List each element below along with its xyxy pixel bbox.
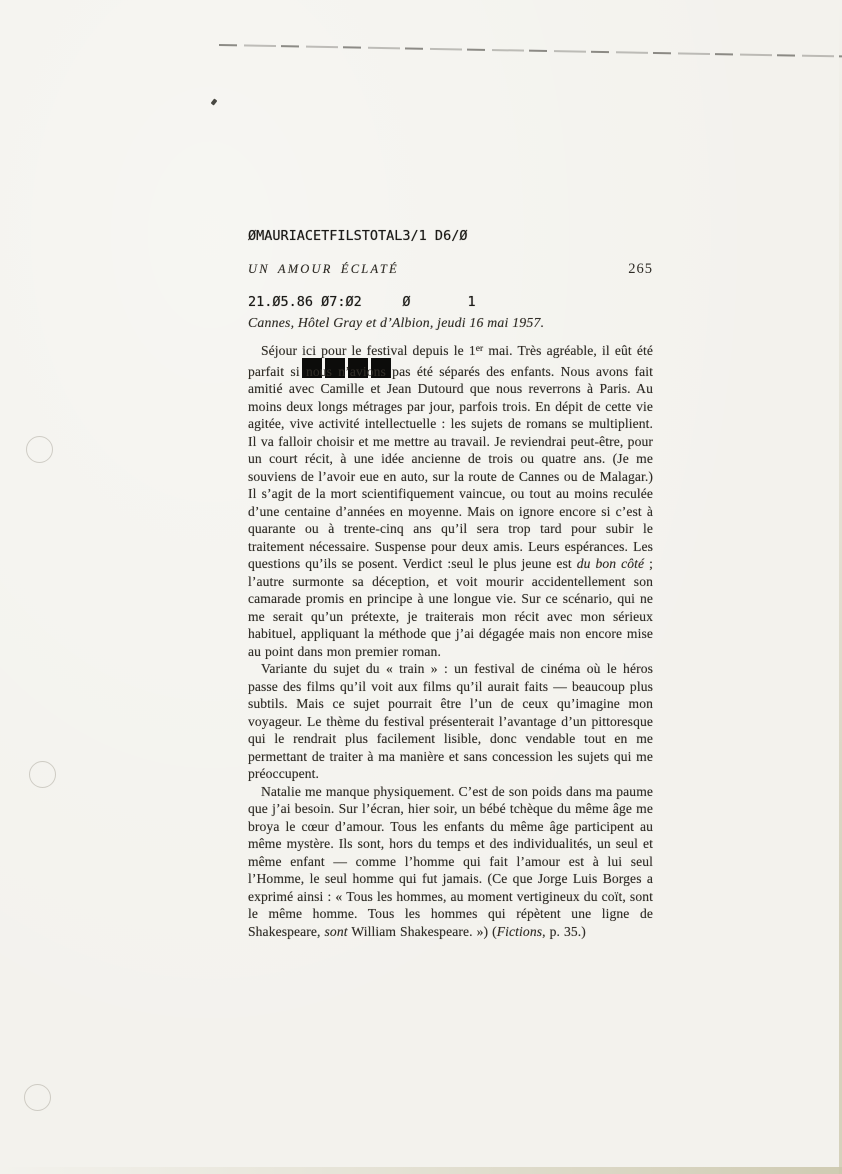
machine-header-line2: 21.Ø5.86 Ø7:Ø2 Ø 1 bbox=[248, 291, 476, 313]
running-header: UN AMOUR ÉCLATÉ 265 bbox=[248, 261, 653, 278]
text-segment: sont bbox=[325, 924, 348, 939]
text-segment: mai. Très agréable, il eût été parfait s… bbox=[248, 343, 653, 571]
punch-hole bbox=[26, 436, 53, 463]
machine-header-line1: ØMAURIACETFILSTOTAL3/1 D6/Ø bbox=[248, 225, 476, 247]
body-paragraph: Natalie me manque physiquement. C’est de… bbox=[248, 783, 653, 941]
body-paragraph: Variante du sujet du « train » : un fest… bbox=[248, 660, 653, 783]
scanned-page: ØMAURIACETFILSTOTAL3/1 D6/Ø 21.Ø5.86 Ø7:… bbox=[0, 0, 842, 1174]
journal-entry: Cannes, Hôtel Gray et d’Albion, jeudi 16… bbox=[248, 315, 653, 940]
article-body: Séjour ici pour le festival depuis le 1e… bbox=[248, 342, 653, 940]
text-segment: Variante du sujet du « train » : un fest… bbox=[248, 661, 653, 781]
scan-artifact-line bbox=[219, 44, 842, 57]
punch-hole bbox=[24, 1084, 51, 1111]
text-segment: Fictions bbox=[497, 924, 542, 939]
ink-speck bbox=[211, 98, 218, 105]
text-segment: er bbox=[476, 344, 484, 354]
running-header-title: UN AMOUR ÉCLATÉ bbox=[248, 262, 399, 277]
text-segment: , p. 35.) bbox=[542, 924, 586, 939]
text-segment: Séjour ici pour le festival depuis le 1 bbox=[261, 343, 476, 358]
text-segment: du bon côté bbox=[577, 556, 644, 571]
scan-edge-bottom bbox=[0, 1167, 842, 1174]
dateline: Cannes, Hôtel Gray et d’Albion, jeudi 16… bbox=[248, 315, 653, 331]
punch-hole bbox=[29, 761, 56, 788]
text-segment: William Shakespeare. ») ( bbox=[348, 924, 497, 939]
text-segment: ; l’autre surmonte sa déception, et voit… bbox=[248, 556, 653, 659]
body-paragraph: Séjour ici pour le festival depuis le 1e… bbox=[248, 342, 653, 660]
page-number: 265 bbox=[628, 261, 653, 278]
text-segment: Natalie me manque physiquement. C’est de… bbox=[248, 784, 653, 939]
